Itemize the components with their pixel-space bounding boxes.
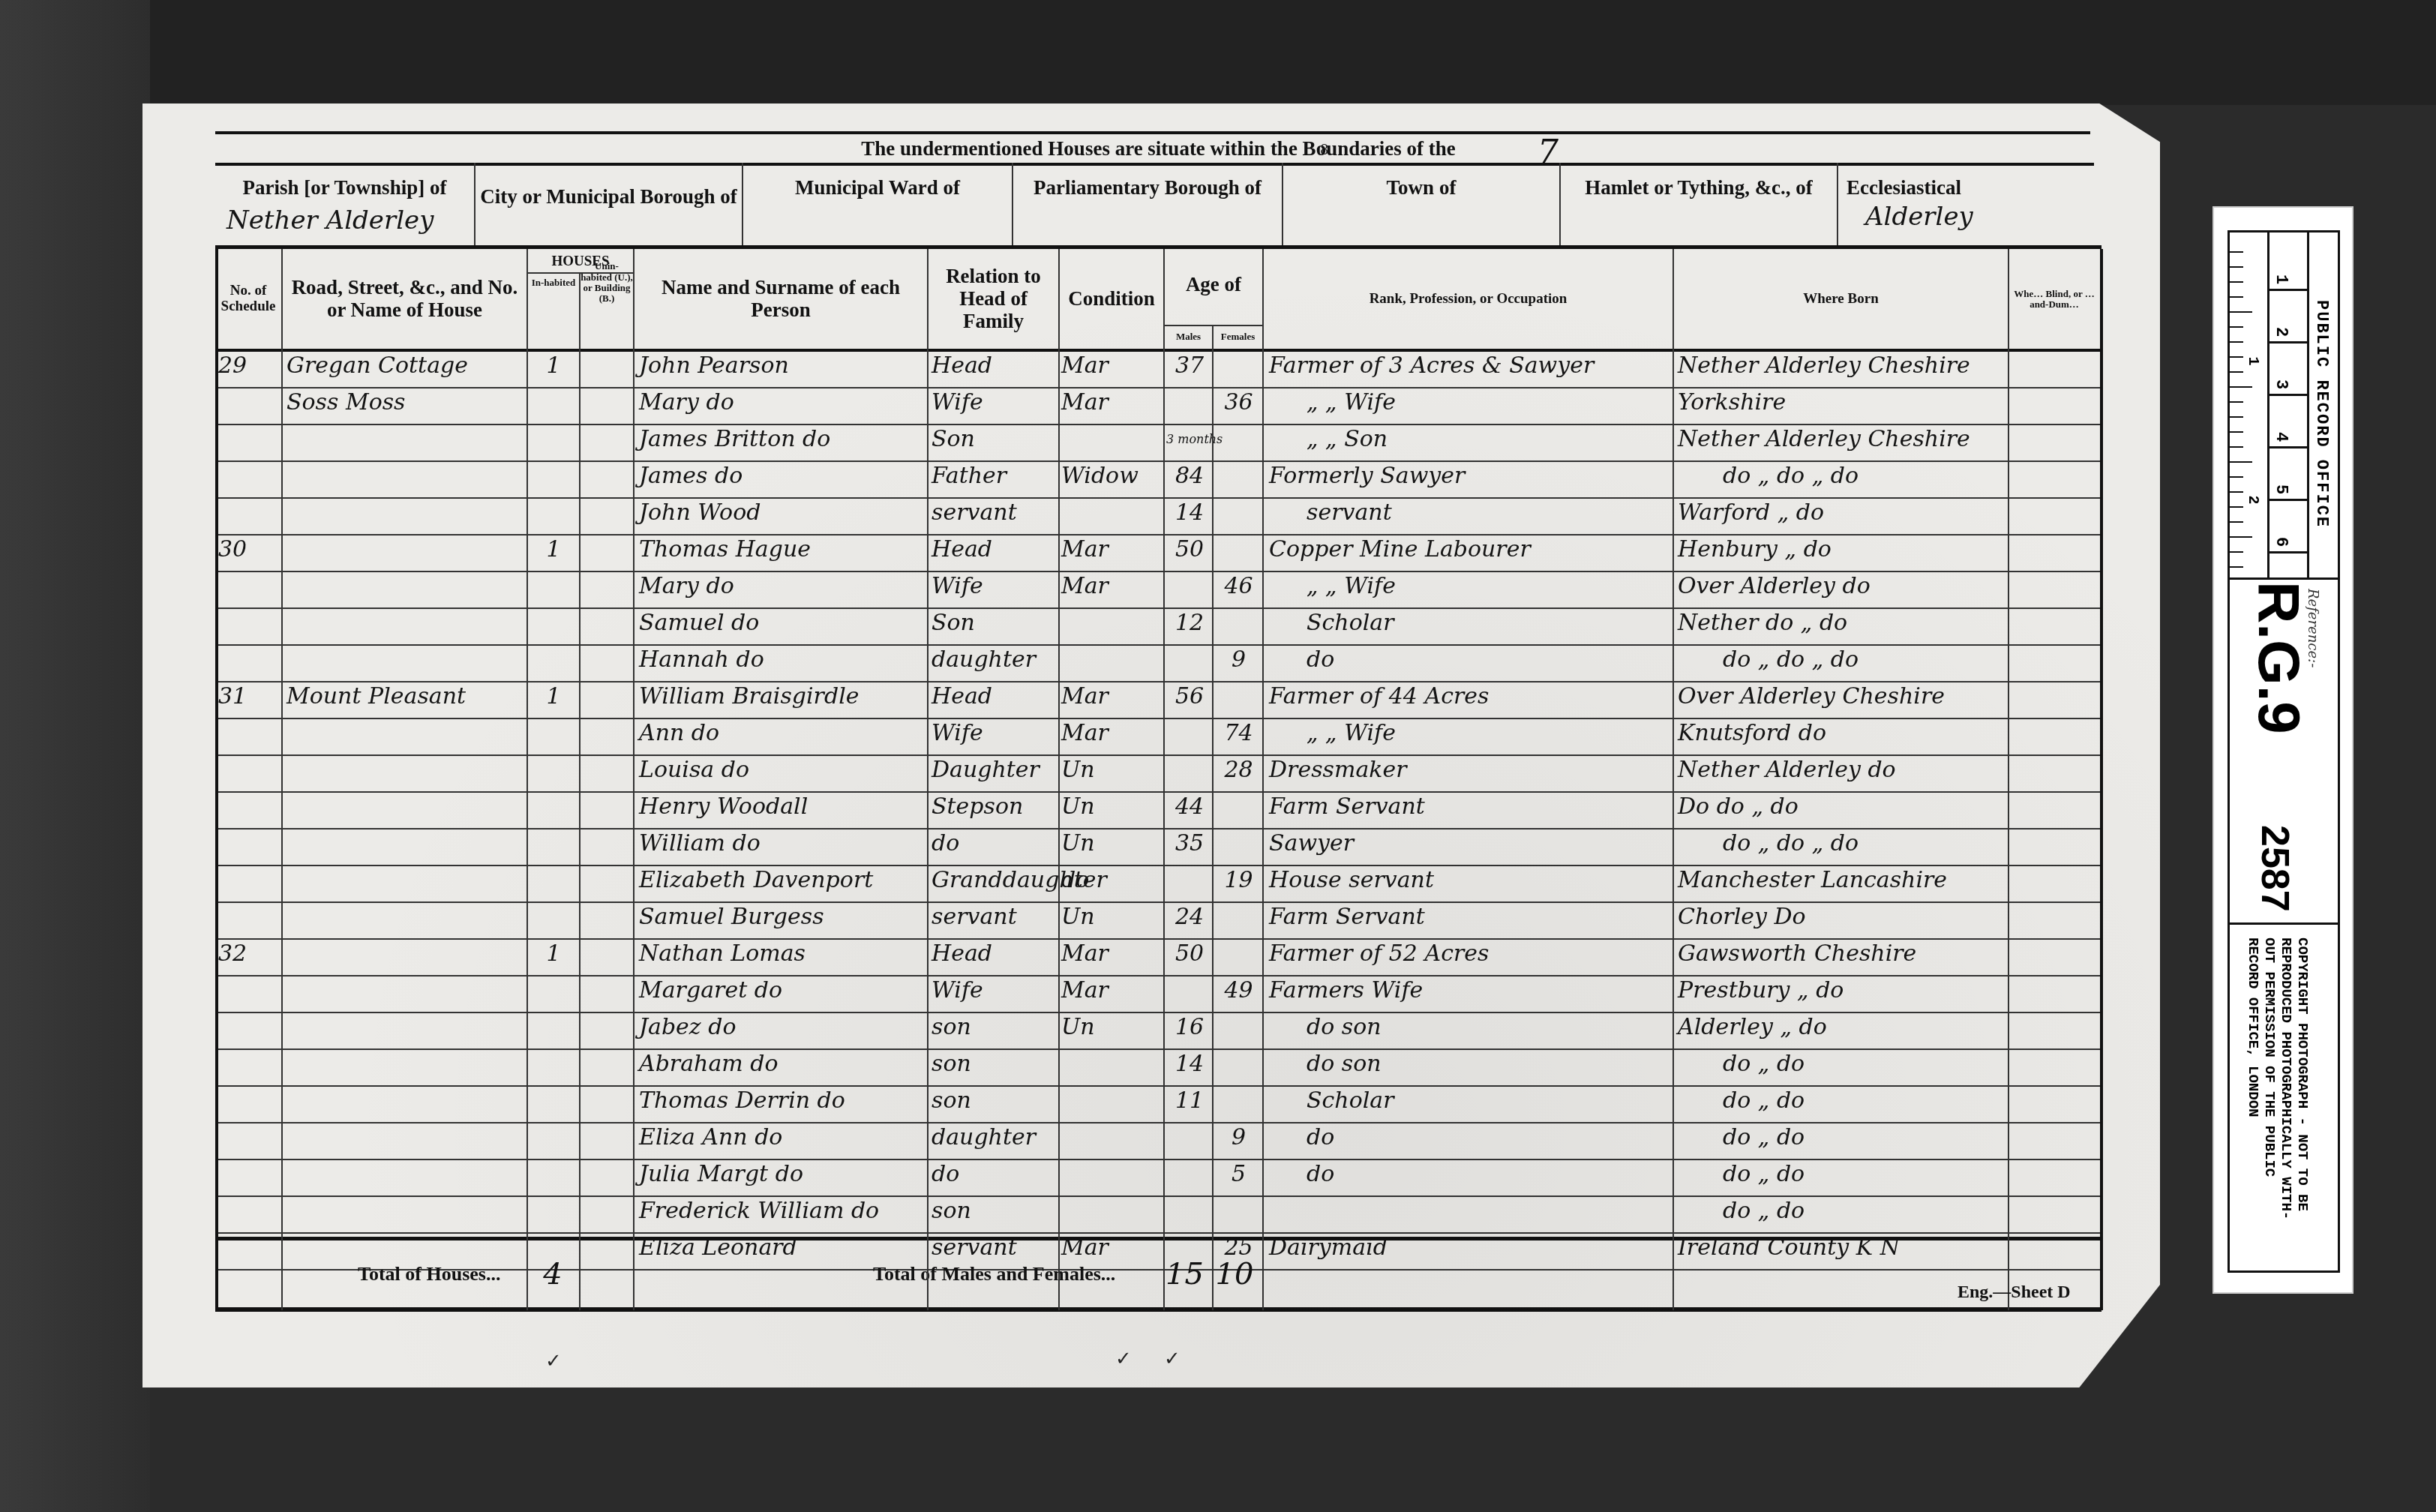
cell-relation: Head (931, 531, 1059, 568)
table-row: Mary doWifeMar46„ „ WifeOver Alderley do (215, 572, 2101, 609)
cell-male-age: 14 (1166, 1045, 1213, 1082)
table-row: Abraham doson14do sondo „ do (215, 1050, 2101, 1087)
check-mark: ✓ (1164, 1348, 1180, 1370)
total-houses-label: Total of Houses... (358, 1240, 500, 1308)
scan-background-top (0, 0, 2436, 105)
cell-occupation: Dairymaid (1269, 1229, 1674, 1266)
cell-relation: Granddaughter (931, 862, 1059, 898)
cell-where-born: Alderley „ do (1678, 1009, 2008, 1045)
cell-name: Jabez do (639, 1009, 928, 1045)
cell-relation: Father (931, 457, 1059, 494)
table-row: Frederick William dosondo „ do (215, 1197, 2101, 1234)
cell-name: Nathan Lomas (639, 935, 928, 972)
cell-occupation: servant (1269, 494, 1711, 531)
cell-relation: do (931, 1156, 1059, 1192)
cell-where-born: Gawsworth Cheshire (1678, 935, 2008, 972)
ruler-tick (2230, 506, 2243, 508)
cell-condition: Un (1061, 825, 1163, 862)
cell-schedule: 29 (218, 347, 278, 384)
column-divider (1262, 249, 1264, 1310)
reference-card-frame: PUBLIC RECORD OFFICE 12345612 Reference:… (2227, 230, 2340, 1273)
ruler-tick (2230, 296, 2243, 298)
boundary-label-parliamentary: Parliamentary Borough of (1013, 167, 1282, 208)
ruler-cm-label: 2 (2272, 327, 2290, 337)
cell-occupation: Farm Servant (1269, 788, 1674, 825)
cell-name: Mary do (639, 384, 928, 421)
cell-relation: daughter (931, 641, 1059, 678)
cell-name: James do (639, 457, 928, 494)
cell-relation: Son (931, 604, 1059, 641)
reference-block: Reference:- R.G.9 2587 (2230, 577, 2338, 925)
ruler-tick (2230, 416, 2243, 418)
rule (215, 349, 2101, 352)
cell-male-age: 35 (1166, 825, 1213, 862)
ruler-tick (2230, 476, 2243, 478)
boundary-value-parish: Nether Alderley (226, 202, 433, 239)
cell-male-age: 84 (1166, 457, 1213, 494)
cell-occupation: House servant (1269, 862, 1674, 898)
ruler-scale (2230, 232, 2269, 577)
scan-background-left (0, 0, 150, 1512)
cell-occupation: do son (1269, 1045, 1711, 1082)
cell-male-age: 12 (1166, 604, 1213, 641)
cell-condition: Mar (1061, 972, 1163, 1009)
cell-relation: Head (931, 678, 1059, 715)
col-header-road: Road, Street, &c., and No. or Name of Ho… (283, 251, 526, 347)
cell-where-born: Over Alderley Cheshire (1678, 678, 2008, 715)
boundary-label-ecclesiastical: Ecclesiastical (1846, 167, 2019, 208)
census-page: 7 8 The undermentioned Houses are situat… (142, 103, 2160, 1387)
ruler-tick (2230, 536, 2252, 538)
ruler-tick (2230, 266, 2243, 268)
table-row: Hannah dodaughter9dodo „ do „ do (215, 646, 2101, 682)
table-row: James doFatherWidow84Formerly Sawyerdo „… (215, 462, 2101, 499)
cell-where-born: Nether Alderley do (1678, 751, 2008, 788)
cell-condition: Mar (1061, 384, 1163, 421)
cell-where-born: do „ do (1678, 1192, 2053, 1229)
cell-relation: Head (931, 935, 1059, 972)
cell-where-born: Knutsford do (1678, 715, 2008, 751)
table-row: 31Mount Pleasant1William BraisgirdleHead… (215, 682, 2101, 719)
cell-road: Mount Pleasant (286, 678, 526, 715)
column-divider (1212, 325, 1213, 1310)
table-row: 29Gregan Cottage1John PearsonHeadMar37Fa… (215, 352, 2101, 388)
cell-female-age: 5 (1215, 1156, 1262, 1192)
col-header-houses: HOUSES (528, 251, 633, 272)
copyright-line: OUT PERMISSION OF THE PUBLIC (2261, 937, 2278, 1219)
col-header-uninhabited: Unin-habited (U.), or Building (B.) (580, 272, 633, 293)
cell-inhabited: 1 (528, 678, 579, 715)
cell-condition: do (1061, 862, 1163, 898)
cell-where-born: do „ do „ do (1678, 641, 2053, 678)
ruler-tick (2230, 326, 2243, 328)
copyright-line: REPRODUCED PHOTOGRAPHICALLY WITH- (2278, 937, 2294, 1219)
col-header-deaf-blind: Whe… Blind, or … and-Dum… (2009, 251, 2099, 347)
rule (215, 131, 2090, 134)
cell-name: John Wood (639, 494, 928, 531)
cell-female-age: 9 (1215, 1119, 1262, 1156)
cell-condition: Mar (1061, 568, 1163, 604)
table-row: William dodoUn35Sawyerdo „ do „ do (215, 829, 2101, 866)
cell-schedule: 31 (218, 678, 278, 715)
cell-occupation: Farmer of 44 Acres (1269, 678, 1674, 715)
cell-name: John Pearson (639, 347, 928, 384)
ruler-tick (2230, 251, 2243, 253)
column-divider (215, 249, 218, 1310)
cell-schedule: 30 (218, 531, 278, 568)
cell-occupation: do son (1269, 1009, 1711, 1045)
cell-relation: son (931, 1009, 1059, 1045)
column-divider (1058, 249, 1060, 1310)
col-header-females: Females (1213, 326, 1262, 347)
cell-male-age: 11 (1166, 1082, 1213, 1119)
cell-male-age: 14 (1166, 494, 1213, 531)
cell-occupation: Sawyer (1269, 825, 1674, 862)
cell-male-age: 24 (1166, 898, 1213, 935)
cell-where-born: Ireland County K N (1678, 1229, 2008, 1266)
table-row: 301Thomas HagueHeadMar50Copper Mine Labo… (215, 535, 2101, 572)
ruler-inch-label: 1 (2244, 356, 2261, 365)
cell-where-born: do „ do (1678, 1119, 2053, 1156)
table-row: Thomas Derrin doson11Scholardo „ do (215, 1087, 2101, 1123)
divider (1559, 163, 1561, 245)
cell-female-age: 25 (1215, 1229, 1262, 1266)
cell-occupation: Copper Mine Labourer (1269, 531, 1674, 568)
col-header-where-born: Where Born (1674, 251, 2008, 347)
cell-occupation: „ „ Son (1269, 421, 1711, 457)
cell-condition: Mar (1061, 678, 1163, 715)
column-divider (281, 249, 283, 1310)
col-header-age: Age of (1165, 251, 1262, 319)
cell-relation: Wife (931, 972, 1059, 1009)
cell-condition: Widow (1061, 457, 1163, 494)
boundary-label-ward: Municipal Ward of (743, 167, 1012, 208)
cell-condition: Un (1061, 751, 1163, 788)
sheet-footer: Eng.—Sheet D (1957, 1282, 2071, 1303)
cell-occupation: do (1269, 1156, 1711, 1192)
ruler-tick (2230, 491, 2243, 493)
cell-occupation: Scholar (1269, 604, 1711, 641)
copyright-notice: COPYRIGHT PHOTOGRAPH - NOT TO BEREPRODUC… (2245, 937, 2311, 1219)
table-row: Samuel BurgessservantUn24Farm ServantCho… (215, 903, 2101, 940)
cell-male-age: 3 months (1166, 421, 1213, 457)
ruler-tick (2230, 386, 2252, 388)
cell-condition: Mar (1061, 935, 1163, 972)
cell-relation: Son (931, 421, 1059, 457)
rule (215, 245, 2101, 249)
cell-name: William do (639, 825, 928, 862)
table-row: Louisa doDaughterUn28DressmakerNether Al… (215, 756, 2101, 793)
cell-name: Elizabeth Davenport (639, 862, 928, 898)
rule (215, 1237, 2101, 1240)
reference-series: R.G.9 (2245, 581, 2313, 734)
table-row: James Britton doSon3 months„ „ SonNether… (215, 425, 2101, 462)
cell-where-born: Yorkshire (1678, 384, 2008, 421)
cell-condition: Un (1061, 898, 1163, 935)
boundary-label-town: Town of (1283, 167, 1559, 208)
cell-where-born: do „ do „ do (1678, 457, 2053, 494)
cell-inhabited: 1 (528, 531, 579, 568)
ruler-tick (2230, 371, 2243, 373)
reference-piece: 2587 (2252, 825, 2297, 912)
cell-name: Louisa do (639, 751, 928, 788)
col-header-name: Name and Surname of each Person (634, 251, 927, 347)
cell-occupation: Farmer of 52 Acres (1269, 935, 1674, 972)
column-divider (1163, 249, 1165, 1310)
copyright-line: COPYRIGHT PHOTOGRAPH - NOT TO BE (2294, 937, 2311, 1219)
ruler-tick (2230, 566, 2243, 568)
cell-relation: servant (931, 898, 1059, 935)
divider (474, 163, 475, 245)
ruler-tick (2230, 551, 2243, 553)
cell-condition: Un (1061, 788, 1163, 825)
cell-occupation: do (1269, 641, 1711, 678)
census-table: The undermentioned Houses are situate wi… (215, 131, 2101, 1294)
cell-female-age: 74 (1215, 715, 1262, 751)
cell-where-born: Manchester Lancashire (1678, 862, 2008, 898)
record-office-label: PUBLIC RECORD OFFICE (2312, 300, 2331, 528)
document-title: The undermentioned Houses are situate wi… (215, 133, 2101, 163)
ruler-cm-label: 6 (2272, 537, 2290, 547)
cell-occupation: Formerly Sawyer (1269, 457, 1674, 494)
cell-name: Julia Margt do (639, 1156, 928, 1192)
ruler-tick (2230, 461, 2252, 463)
cell-occupation: „ „ Wife (1269, 715, 1711, 751)
cell-inhabited: 1 (528, 935, 579, 972)
cell-name: Frederick William do (639, 1192, 928, 1229)
ruler-tick (2230, 446, 2243, 448)
cell-relation: servant (931, 494, 1059, 531)
boundary-label-city: City or Municipal Borough of (475, 167, 742, 227)
cell-relation: son (931, 1192, 1059, 1229)
cell-occupation: Farmer of 3 Acres & Sawyer (1269, 347, 1674, 384)
column-divider (633, 249, 634, 1310)
cell-name: Eliza Ann do (639, 1119, 928, 1156)
ruler-tick (2230, 431, 2243, 433)
rule (1165, 325, 1262, 326)
table-row: Ann doWifeMar74„ „ WifeKnutsford do (215, 719, 2101, 756)
total-houses-value: 4 (526, 1240, 579, 1308)
column-divider (579, 272, 580, 1310)
col-header-condition: Condition (1060, 251, 1163, 347)
col-header-schedule: No. of Schedule (215, 251, 281, 347)
cell-female-age: 36 (1215, 384, 1262, 421)
cell-occupation: Farmers Wife (1269, 972, 1674, 1009)
cell-relation: Daughter (931, 751, 1059, 788)
cell-relation: son (931, 1082, 1059, 1119)
ruler-cm-label: 1 (2272, 274, 2290, 284)
cell-female-age: 46 (1215, 568, 1262, 604)
divider (1012, 163, 1013, 245)
col-header-occupation: Rank, Profession, or Occupation (1264, 251, 1672, 347)
total-males-value: 15 (1160, 1240, 1209, 1308)
ruler-tick (2230, 341, 2243, 343)
cell-relation: Stepson (931, 788, 1059, 825)
cell-where-born: do „ do (1678, 1156, 2053, 1192)
cell-name: Samuel do (639, 604, 928, 641)
cell-inhabited: 1 (528, 347, 579, 384)
cell-condition: Mar (1061, 1229, 1163, 1266)
col-header-relation: Relation to Head of Family (928, 251, 1058, 347)
cell-relation: Wife (931, 715, 1059, 751)
column-divider (2100, 249, 2103, 1310)
ruler-tick (2230, 281, 2243, 283)
col-header-males: Males (1165, 326, 1212, 347)
col-header-inhabited: In-habited (528, 272, 579, 293)
table-row: Samuel doSon12ScholarNether do „ do (215, 609, 2101, 646)
cell-name: Eliza Leonard (639, 1229, 928, 1266)
cell-name: James Britton do (639, 421, 928, 457)
cell-occupation: Dressmaker (1269, 751, 1674, 788)
boundary-label-hamlet: Hamlet or Tything, &c., of (1561, 167, 1837, 208)
cell-where-born: do „ do „ do (1678, 825, 2053, 862)
cell-where-born: Over Alderley do (1678, 568, 2008, 604)
cell-name: Mary do (639, 568, 928, 604)
scale-ruler: PUBLIC RECORD OFFICE 12345612 (2230, 232, 2338, 580)
table-row: Margaret doWifeMar49Farmers WifePrestbur… (215, 976, 2101, 1013)
total-females-value: 10 (1209, 1240, 1260, 1308)
page-number-mark: 7 (1537, 133, 1558, 172)
cell-where-born: do „ do (1678, 1045, 2053, 1082)
top-mark: 8 (1320, 142, 1328, 158)
table-row: Henry WoodallStepsonUn44Farm ServantDo d… (215, 793, 2101, 829)
rule (528, 272, 633, 274)
cell-name: Ann do (639, 715, 928, 751)
table-row: Soss MossMary doWifeMar36„ „ WifeYorkshi… (215, 388, 2101, 425)
column-divider (927, 249, 928, 1310)
table-row: Eliza LeonardservantMar25DairymaidIrelan… (215, 1234, 2101, 1270)
ruler-tick (2230, 521, 2243, 523)
cell-where-born: Chorley Do (1678, 898, 2008, 935)
cell-female-age: 9 (1215, 641, 1262, 678)
cell-occupation: Scholar (1269, 1082, 1711, 1119)
cell-male-age: 16 (1166, 1009, 1213, 1045)
table-row: 321Nathan LomasHeadMar50Farmer of 52 Acr… (215, 940, 2101, 976)
cell-condition: Un (1061, 1009, 1163, 1045)
ruler-tick (2230, 356, 2243, 358)
cell-name: Hannah do (639, 641, 928, 678)
total-persons-label: Total of Males and Females... (873, 1240, 1115, 1308)
cell-where-born: Nether Alderley Cheshire (1678, 421, 2008, 457)
cell-female-age: 19 (1215, 862, 1262, 898)
cell-relation: daughter (931, 1119, 1059, 1156)
cell-male-age: 56 (1166, 678, 1213, 715)
cell-occupation: „ „ Wife (1269, 568, 1711, 604)
cell-name: William Braisgirdle (639, 678, 928, 715)
cell-name: Abraham do (639, 1045, 928, 1082)
table-row: Julia Margt dodo5dodo „ do (215, 1160, 2101, 1197)
ruler-tick (2230, 311, 2252, 313)
rule (215, 163, 2094, 166)
ruler-cm-label: 4 (2272, 432, 2290, 442)
ruler-inch-label: 2 (2244, 495, 2261, 504)
cell-condition: Mar (1061, 531, 1163, 568)
table-row: John Woodservant14servantWarford „ do (215, 499, 2101, 535)
cell-where-born: Prestbury „ do (1678, 972, 2008, 1009)
cell-where-born: Nether do „ do (1678, 604, 2008, 641)
cell-relation: Wife (931, 568, 1059, 604)
cell-male-age: 37 (1166, 347, 1213, 384)
cell-relation: Head (931, 347, 1059, 384)
cell-male-age: 50 (1166, 935, 1213, 972)
cell-where-born: Do do „ do (1678, 788, 2008, 825)
boundary-value-ecclesiastical: Alderley (1865, 199, 1973, 235)
check-mark: ✓ (1115, 1348, 1132, 1370)
column-divider (2008, 249, 2009, 1310)
boundary-label-parish: Parish [or Township] of (215, 167, 474, 208)
cell-condition: Mar (1061, 715, 1163, 751)
column-divider (526, 249, 528, 1310)
table-row: Eliza Ann dodaughter9dodo „ do (215, 1123, 2101, 1160)
cell-name: Henry Woodall (639, 788, 928, 825)
cell-occupation: do (1269, 1119, 1711, 1156)
cell-where-born: Warford „ do (1678, 494, 2008, 531)
cell-occupation: „ „ Wife (1269, 384, 1711, 421)
table-row: Elizabeth DavenportGranddaughterdo19Hous… (215, 866, 2101, 903)
cell-schedule: 32 (218, 935, 278, 972)
check-mark: ✓ (545, 1350, 562, 1372)
table-row: Jabez dosonUn16do sonAlderley „ do (215, 1013, 2101, 1050)
reference-card: PUBLIC RECORD OFFICE 12345612 Reference:… (2212, 206, 2353, 1294)
copyright-line: RECORD OFFICE, LONDON (2245, 937, 2261, 1219)
cell-relation: servant (931, 1229, 1059, 1266)
cell-name: Samuel Burgess (639, 898, 928, 935)
cell-female-age: 49 (1215, 972, 1262, 1009)
cell-where-born: do „ do (1678, 1082, 2053, 1119)
cell-name: Thomas Hague (639, 531, 928, 568)
cell-road: Soss Moss (286, 384, 526, 421)
cell-male-age: 44 (1166, 788, 1213, 825)
cell-name: Thomas Derrin do (639, 1082, 928, 1119)
divider (742, 163, 743, 245)
cell-male-age: 50 (1166, 531, 1213, 568)
cell-female-age: 28 (1215, 751, 1262, 788)
divider (1282, 163, 1283, 245)
cell-where-born: Nether Alderley Cheshire (1678, 347, 2008, 384)
column-divider (1672, 249, 1674, 1310)
cell-condition: Mar (1061, 347, 1163, 384)
cell-name: Margaret do (639, 972, 928, 1009)
rule (215, 1307, 2101, 1312)
cell-occupation: Farm Servant (1269, 898, 1674, 935)
cell-relation: Wife (931, 384, 1059, 421)
ruler-cm-label: 5 (2272, 484, 2290, 494)
ruler-tick (2230, 401, 2243, 403)
cell-where-born: Henbury „ do (1678, 531, 2008, 568)
cell-relation: do (931, 825, 1059, 862)
cell-road: Gregan Cottage (286, 347, 526, 384)
cell-relation: son (931, 1045, 1059, 1082)
ruler-cm-label: 3 (2272, 379, 2290, 389)
divider (1837, 163, 1838, 245)
